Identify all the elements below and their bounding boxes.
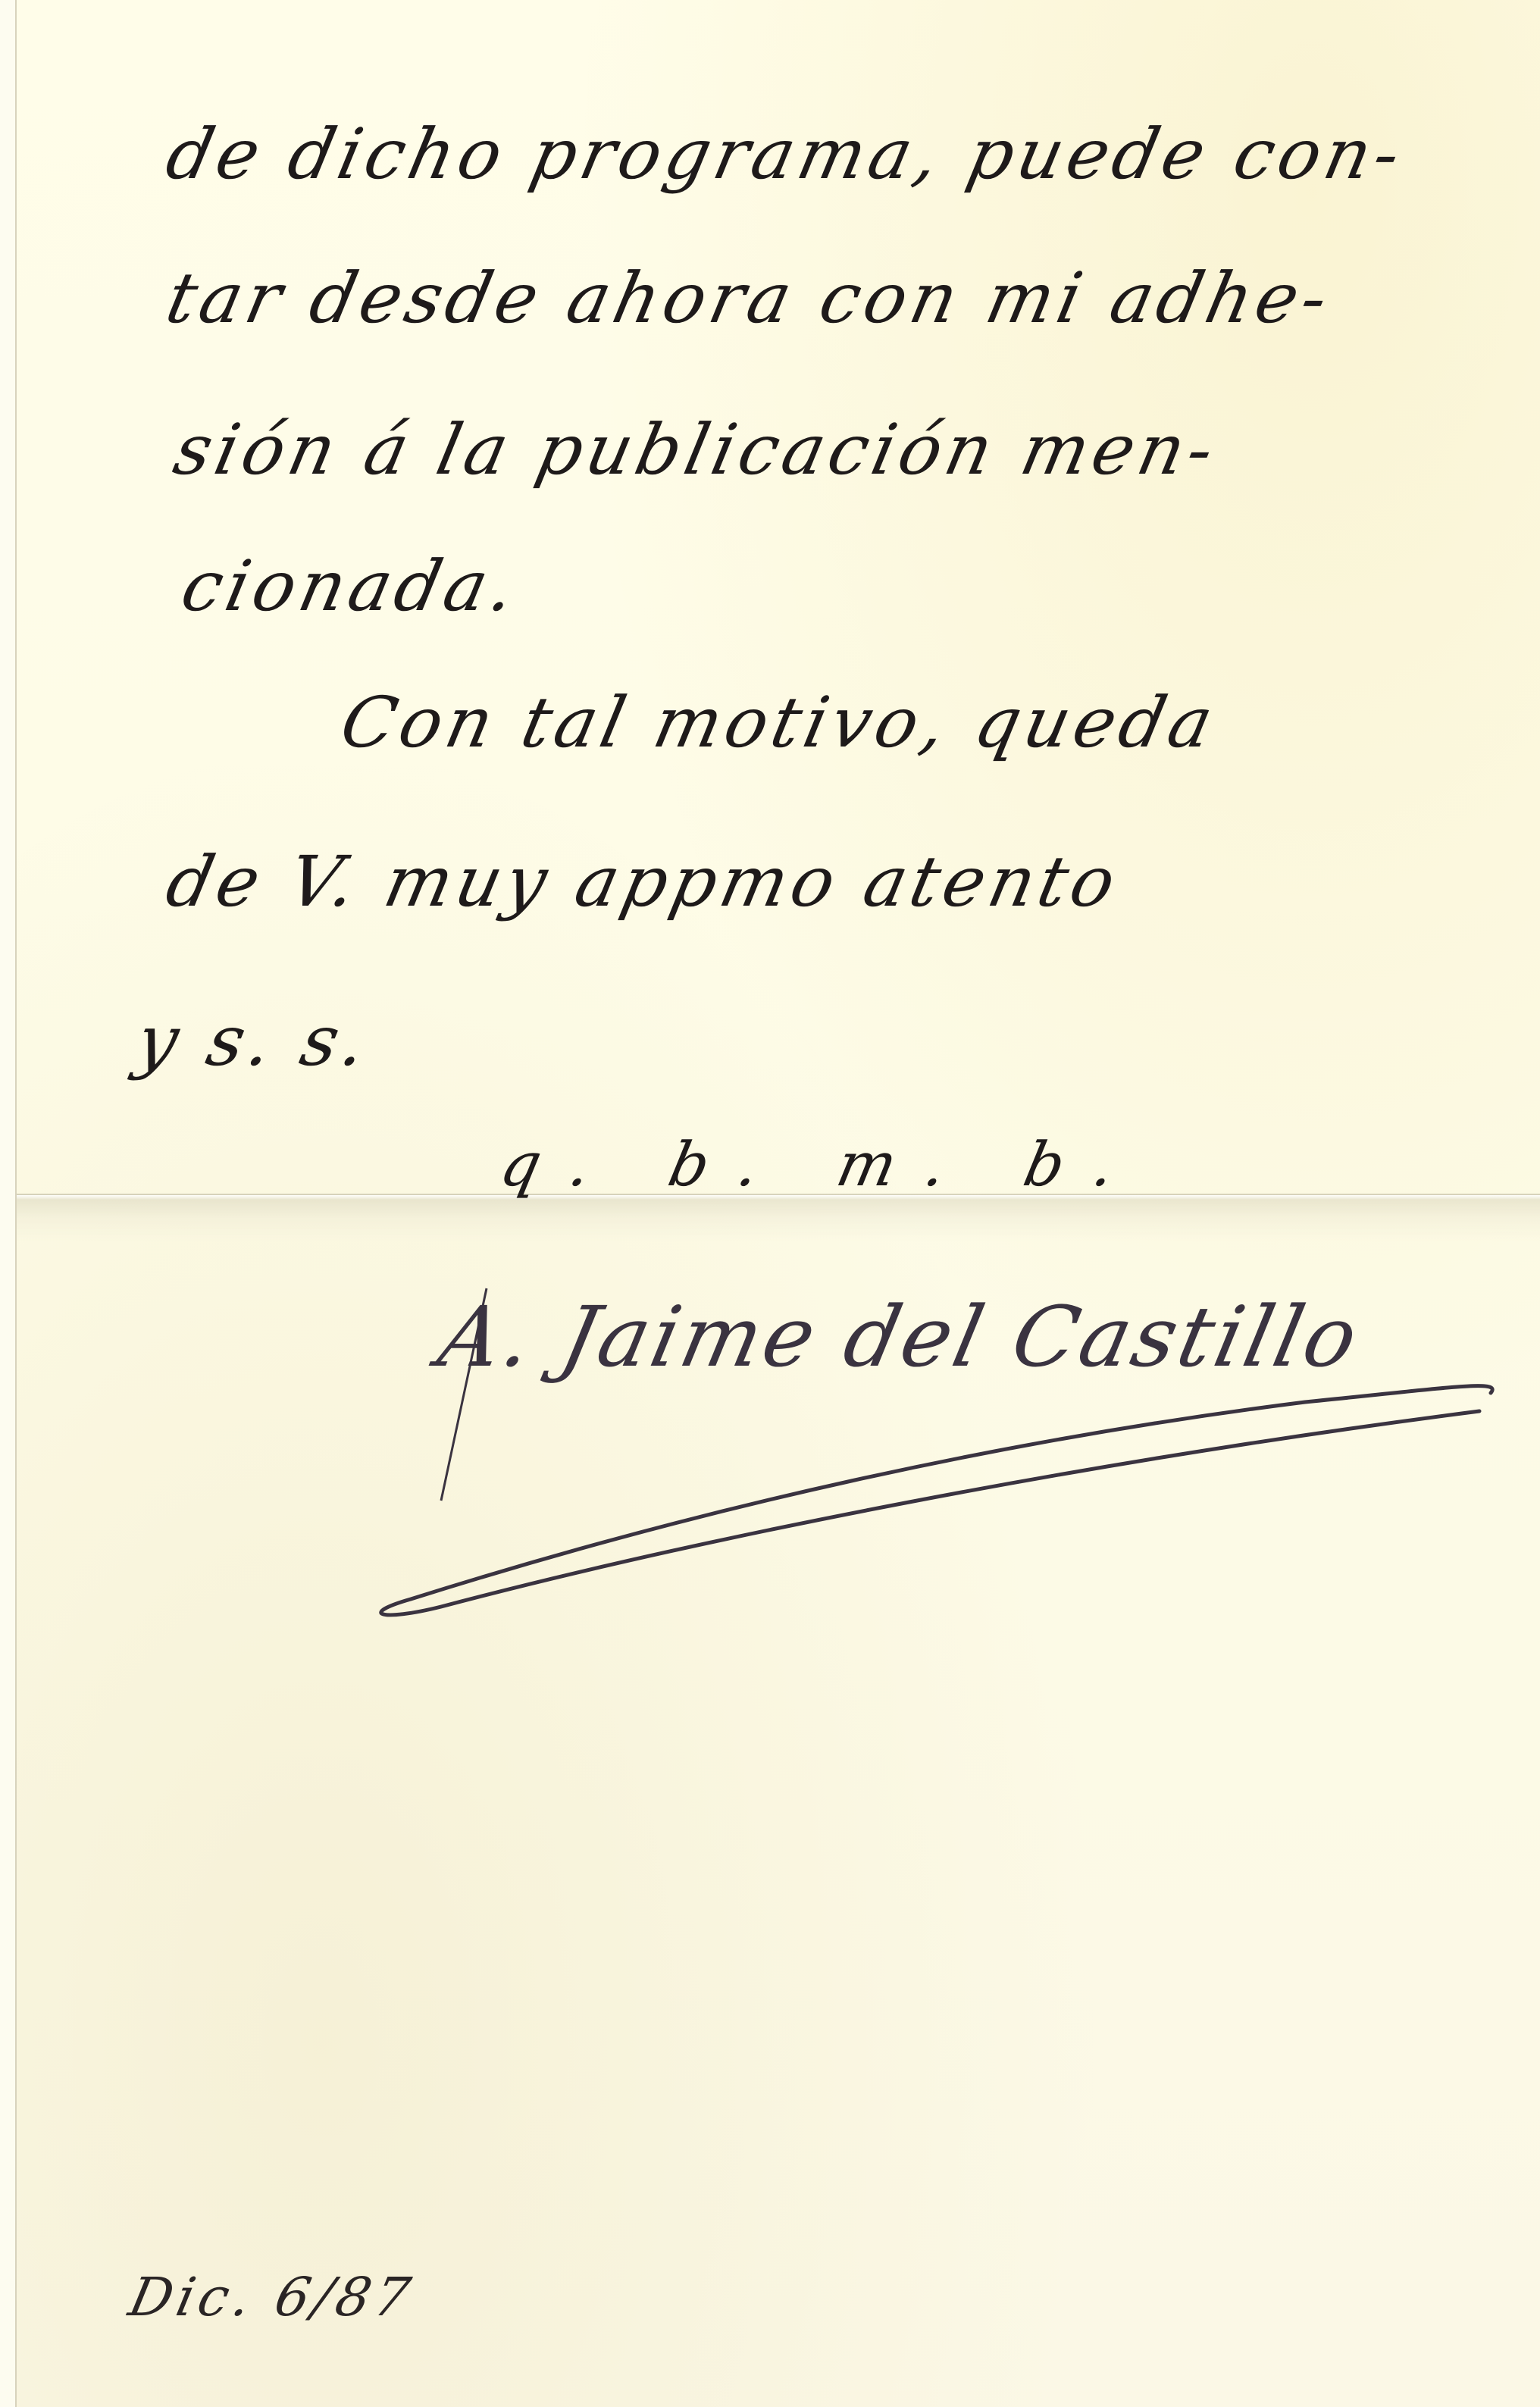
letter-page: de dicho programa, puede con- tar desde … <box>15 0 1540 2407</box>
body-line-1: de dicho programa, puede con- <box>160 114 1412 195</box>
signature: A. Jaime del Castillo <box>430 1288 1369 1385</box>
body-line-2: tar desde ahora con mi adhe- <box>160 258 1339 339</box>
body-line-4: cionada. <box>175 546 527 627</box>
date-note: Dic. 6/87 <box>124 2266 420 2328</box>
body-line-7: y s. s. <box>130 1000 378 1081</box>
body-line-3: sión á la publicación men- <box>167 409 1225 490</box>
closing-abbreviation: q. b. m. b. <box>494 1129 1151 1200</box>
paper-fold <box>17 1194 1540 1241</box>
body-line-5: Con tal motivo, queda <box>334 682 1225 763</box>
body-line-6: de V. muy appmo atento <box>160 841 1127 922</box>
